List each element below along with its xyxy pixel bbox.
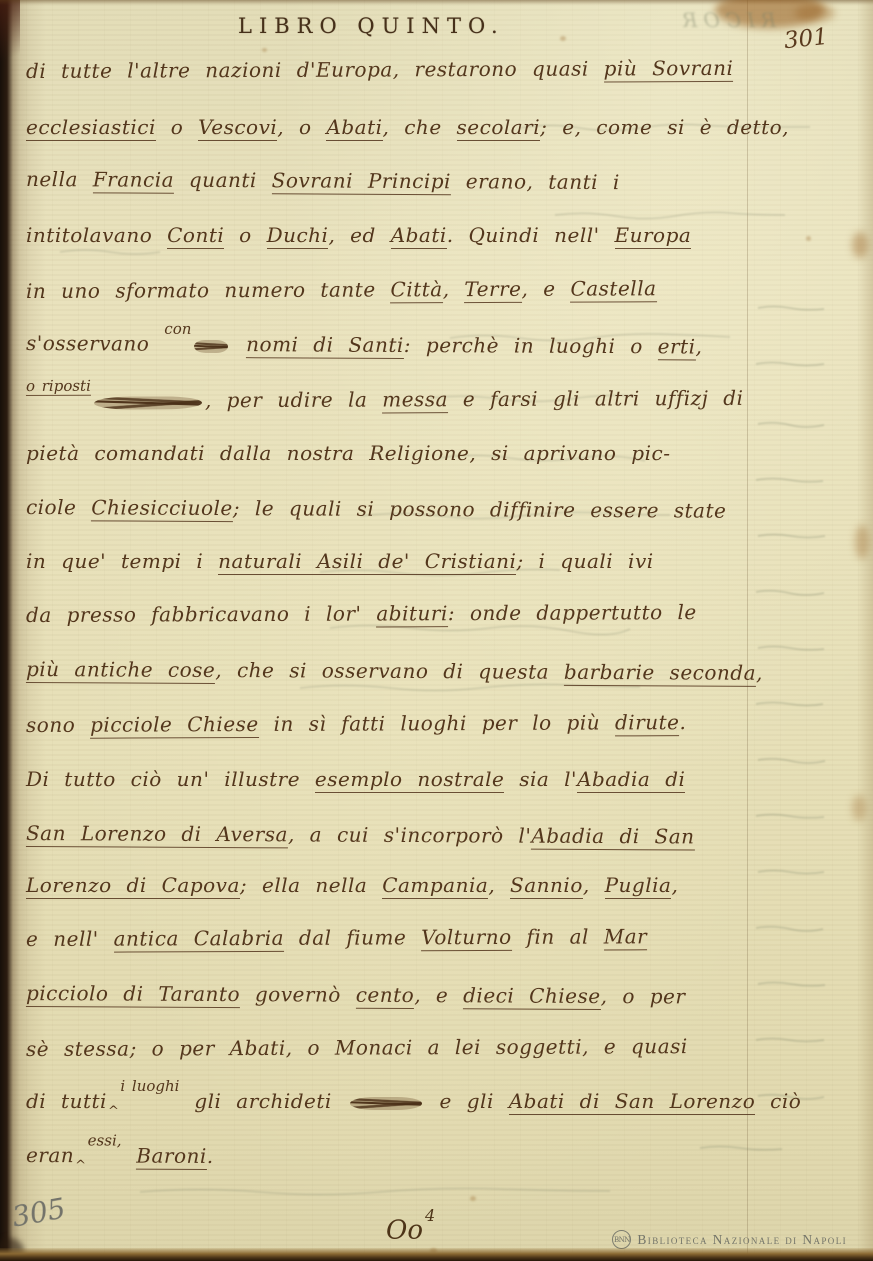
manuscript-text: : perchè in luoghi o [404, 333, 658, 358]
underlined-text: Francia [93, 167, 174, 193]
underlined-text: naturali Asili de' Cristiani [218, 549, 516, 575]
manuscript-text: , ed [328, 223, 390, 247]
manuscript-text: , e [414, 983, 463, 1007]
manuscript-text: gli archideti [179, 1089, 346, 1113]
underlined-text: dirute [615, 710, 680, 736]
manuscript-line: San Lorenzo di Aversa, a cui s'incorporò… [26, 820, 826, 850]
underlined-text: cento [356, 983, 415, 1009]
manuscript-text: fin al [512, 924, 604, 948]
manuscript-text: intitolavano [26, 223, 167, 247]
manuscript-text: , [671, 873, 678, 897]
underlined-text: Mar [604, 924, 648, 950]
manuscript-text: , a cui s'incorporò l' [288, 822, 531, 847]
manuscript-text: sono [26, 713, 90, 737]
manuscript-text: , o [277, 115, 326, 139]
underlined-text: Puglia [605, 873, 672, 899]
manuscript-text: erano, tanti i [451, 169, 620, 194]
manuscript-line: nella Francia quanti Sovrani Principi er… [26, 166, 826, 196]
underlined-text: Abati [391, 223, 447, 249]
underlined-text: più Sovrani [604, 56, 734, 83]
underlined-text: picciole Chiese [90, 712, 259, 739]
underlined-text: ecclesiastici [26, 115, 156, 141]
underlined-text: secolari [457, 115, 541, 141]
underlined-text: Abadia di San [531, 824, 694, 851]
manuscript-text: o [224, 223, 266, 247]
manuscript-line: ciole Chiesicciuole; le quali si possono… [26, 494, 826, 524]
manuscript-text: ; le quali si possono diffinire essere s… [233, 496, 727, 523]
manuscript-text: quanti [174, 168, 272, 193]
underlined-text: Europa [615, 223, 692, 249]
manuscript-text: in uno sformato numero tante [26, 277, 391, 303]
manuscript-line: ecclesiastici o Vescovi, o Abati, che se… [26, 114, 826, 140]
manuscript-text: pietà comandati dalla nostra Religione, … [26, 441, 670, 465]
manuscript-text: , [695, 335, 702, 359]
underlined-text: messa [382, 387, 448, 413]
manuscript-text: dal fiume [284, 925, 421, 950]
underlined-text: Campania [382, 873, 488, 899]
manuscript-text: , e [521, 277, 570, 301]
underlined-text: Abati [326, 115, 382, 141]
manuscript-text: sia l' [504, 767, 577, 791]
underlined-text: Abadia di [577, 767, 685, 793]
manuscript-line: da presso fabbricavano i lor' abituri: o… [26, 599, 826, 628]
underlined-text: Terre [464, 277, 521, 303]
manuscript-line: e nell' antica Calabria dal fiume Voltur… [26, 923, 826, 952]
manuscript-text: . Quindi nell' [447, 223, 615, 247]
crossed-out-word [350, 1097, 422, 1110]
manuscript-text: in sì fatti luoghi per lo più [259, 710, 615, 736]
page-bottom-edge [0, 1248, 873, 1261]
underlined-text: Città [390, 277, 442, 303]
manuscript-text: : onde dappertutto le [448, 600, 697, 625]
manuscript-text: s'osservano [26, 331, 164, 356]
manuscript-text: , [756, 661, 763, 685]
crossed-out-word [194, 340, 228, 353]
underlined-text: Sannio [510, 873, 583, 899]
interlinear-insertion: i luoghi [120, 1077, 179, 1095]
manuscript-line: intitolavano Conti o Duchi, ed Abati. Qu… [26, 222, 826, 248]
underlined-text: Volturno [421, 925, 512, 951]
manuscript-text: ciò [755, 1089, 801, 1113]
manuscript-text: , o per [601, 984, 686, 1008]
manuscript-line: sè stessa; o per Abati, o Monaci a lei s… [26, 1033, 826, 1062]
manuscript-text: o [156, 115, 198, 139]
underlined-text: San Lorenzo di Aversa [26, 821, 288, 848]
underlined-text: Castella [570, 276, 656, 302]
manuscript-text [231, 332, 246, 356]
manuscript-body: di tutte l'altre nazioni d'Europa, resta… [0, 0, 873, 1261]
manuscript-text: ; e, come si è detto, [540, 115, 789, 139]
underlined-text: Conti [167, 223, 224, 249]
underlined-text: Sovrani Principi [272, 168, 451, 195]
manuscript-line: di tutti^i luoghi gli archideti e gli Ab… [26, 1088, 826, 1118]
library-monogram-icon: BNN [612, 1230, 631, 1249]
quire-signature-letters: Oo [386, 1216, 423, 1246]
manuscript-text: Di tutto ciò un' illustre [26, 767, 315, 791]
manuscript-line: picciolo di Taranto governò cento, e die… [26, 980, 826, 1010]
interlinear-insertion: con [164, 320, 191, 338]
underlined-text: Duchi [267, 223, 329, 249]
manuscript-text: nella [26, 167, 93, 191]
manuscript-text: da presso fabbricavano i lor' [26, 601, 376, 627]
underlined-text: Vescovi [198, 115, 277, 141]
manuscript-text: , che [383, 115, 457, 139]
underlined-text: picciolo di Taranto [26, 981, 240, 1008]
library-watermark: BNN Biblioteca Nazionale di Napoli [612, 1230, 847, 1249]
underlined-text: Chiesicciuole [91, 495, 233, 522]
quire-signature-number: 4 [425, 1206, 435, 1225]
underlined-text: barbarie seconda [564, 660, 756, 687]
underlined-text: Abati di San Lorenzo [509, 1089, 756, 1115]
manuscript-text: . [207, 1144, 214, 1168]
manuscript-text: in que' tempi i [26, 549, 218, 573]
manuscript-line: eran^essi, Baroni. [26, 1142, 826, 1176]
manuscript-text: , [488, 873, 510, 897]
underlined-text: più antiche cose [26, 657, 215, 684]
insertion-caret: ^ [75, 1158, 86, 1173]
manuscript-text: e nell' [26, 927, 114, 951]
manuscript-line: s'osservano con nomi di Santi: perchè in… [26, 330, 826, 362]
manuscript-text: , che si osservano di questa [215, 658, 564, 684]
underlined-text: Baroni [136, 1144, 207, 1170]
manuscript-text: e farsi gli altri uffizj di [448, 386, 744, 411]
interlinear-insertion: essi, [88, 1131, 122, 1149]
underlined-text: erti [658, 334, 696, 360]
crossed-out-word [94, 396, 202, 409]
underlined-text: nomi di Santi [246, 332, 404, 359]
manuscript-line: in uno sformato numero tante Città, Terr… [26, 275, 826, 304]
manuscript-text: e gli [425, 1089, 509, 1113]
manuscript-text: . [679, 710, 686, 734]
manuscript-text: , [583, 873, 605, 897]
underlined-text: dieci Chiese [463, 983, 601, 1010]
underlined-text: esemplo nostrale [315, 767, 504, 793]
manuscript-text: ; i quali ivi [516, 549, 653, 573]
manuscript-text: , [443, 277, 465, 301]
manuscript-text: governò [240, 982, 356, 1007]
manuscript-text: , per udire la [205, 387, 382, 412]
manuscript-text: sè stessa; o per Abati, o Monaci a lei s… [26, 1034, 688, 1061]
manuscript-line: di tutte l'altre nazioni d'Europa, resta… [26, 55, 826, 84]
manuscript-text: ; ella nella [240, 873, 382, 897]
manuscript-text [121, 1144, 136, 1168]
library-watermark-text: Biblioteca Nazionale di Napoli [637, 1232, 847, 1248]
manuscript-line: Lorenzo di Capova; ella nella Campania, … [26, 872, 826, 898]
manuscript-text: di tutte l'altre nazioni d'Europa, resta… [26, 56, 604, 83]
quire-signature: Oo4 [386, 1214, 433, 1246]
manuscript-line: in que' tempi i naturali Asili de' Crist… [26, 548, 826, 574]
underlined-text: Lorenzo di Capova [26, 873, 240, 899]
underlined-text: abituri [376, 601, 448, 627]
manuscript-line: più antiche cose, che si osservano di qu… [26, 656, 826, 686]
manuscript-text: di tutti [26, 1089, 107, 1113]
underlined-text: antica Calabria [114, 926, 285, 953]
manuscript-line: pietà comandati dalla nostra Religione, … [26, 440, 826, 466]
manuscript-text: eran [26, 1143, 74, 1167]
manuscript-text: ciole [26, 495, 91, 519]
manuscript-line: o riposti, per udire la messa e farsi gl… [26, 385, 826, 416]
manuscript-line: Di tutto ciò un' illustre esemplo nostra… [26, 766, 826, 792]
manuscript-line: sono picciole Chiese in sì fatti luoghi … [26, 709, 826, 738]
insertion-caret: ^ [108, 1104, 119, 1119]
manuscript-scan-page: { "page": { "header": { "title": "LIBRO … [0, 0, 873, 1261]
interlinear-insertion: o riposti [26, 377, 91, 396]
